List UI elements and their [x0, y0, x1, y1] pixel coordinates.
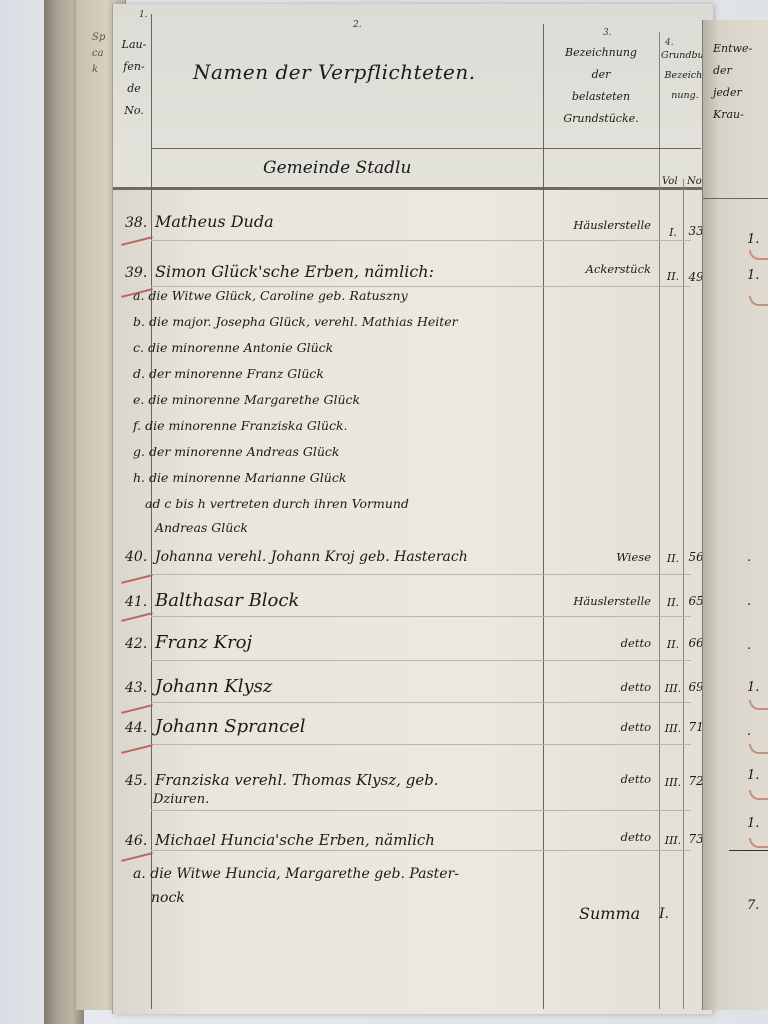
subentry-39-guardian-name: Andreas Glück	[155, 520, 248, 535]
facing-value: .	[747, 594, 751, 609]
red-check-mark	[121, 236, 153, 246]
vol-43: III.	[659, 682, 687, 695]
header-vol: Vol	[662, 176, 678, 187]
facing-value: 1.	[747, 816, 759, 831]
municipality-name: Gemeinde Stadlu	[263, 158, 411, 178]
facing-page-header: Entwe- der jeder Krau-	[713, 38, 752, 126]
red-check-mark	[121, 704, 153, 714]
entry-41: 41.Balthasar Block	[125, 590, 299, 611]
summa-value: I.	[659, 906, 669, 922]
ruled-line	[151, 616, 691, 617]
parcel-40: Wiese	[533, 550, 651, 564]
column-divider	[151, 14, 152, 1009]
facing-value: .	[747, 724, 751, 739]
entry-44: 44.Johann Sprancel	[125, 716, 306, 737]
vol-42: II.	[659, 638, 687, 651]
subentry-39g: g. der minorenne Andreas Glück	[133, 444, 339, 459]
red-check-mark	[749, 296, 768, 306]
header-parcel-description: Bezeichnung der belasteten Grundstücke.	[545, 42, 657, 130]
facing-page: Entwe- der jeder Krau- 1. 1. . . . 1. . …	[702, 20, 768, 1010]
subentry-46a-cont: nock	[151, 890, 185, 906]
entry-46: 46.Michael Huncia'sche Erben, nämlich	[125, 830, 435, 849]
red-check-mark	[749, 838, 768, 848]
parcel-46: detto	[533, 830, 651, 844]
entry-39: 39.Simon Glück'sche Erben, nämlich:	[125, 262, 434, 281]
subentry-39-guardian: ad c bis h vertreten durch ihren Vormund	[145, 496, 409, 511]
vol-44: III.	[659, 722, 687, 735]
facing-sum-line	[729, 850, 768, 851]
header-names-of-obligated: Namen der Verpflichteten.	[193, 60, 476, 84]
red-check-mark	[749, 744, 768, 754]
entry-43: 43.Johann Klysz	[125, 676, 272, 697]
subentry-39h: h. die minorenne Marianne Glück	[133, 470, 346, 485]
ruled-line	[151, 240, 691, 241]
ruled-line	[151, 744, 691, 745]
red-check-mark	[121, 744, 153, 754]
header-running-number: Lau- fen- de No.	[117, 34, 151, 122]
column-number-1: 1.	[139, 10, 148, 20]
vol-41: II.	[659, 596, 687, 609]
ruled-line	[151, 660, 691, 661]
facing-value: .	[747, 550, 751, 565]
vol-38: I.	[659, 226, 687, 239]
register-page: 1. 2. 3. 4. Lau- fen- de No. Namen der V…	[112, 4, 712, 1014]
red-check-mark	[121, 612, 153, 622]
vol-46: III.	[659, 834, 687, 847]
column-number-3: 3.	[603, 28, 612, 38]
subentry-39c: c. die minorenne Antonie Glück	[133, 340, 333, 355]
subentry-39a: a. die Witwe Glück, Caroline geb. Ratusz…	[133, 288, 408, 303]
facing-value: 1.	[747, 768, 759, 783]
subentry-39f: f. die minorenne Franziska Glück.	[133, 418, 348, 433]
vol-45: III.	[659, 776, 687, 789]
subentry-39d: d. der minorenne Franz Glück	[133, 366, 324, 381]
parcel-41: Häuslerstelle	[533, 594, 651, 608]
parcel-42: detto	[533, 636, 651, 650]
facing-value: 1.	[747, 268, 759, 283]
red-check-mark	[121, 574, 153, 584]
ruled-line	[151, 810, 691, 811]
red-check-mark	[749, 790, 768, 800]
parcel-44: detto	[533, 720, 651, 734]
ruled-line	[151, 286, 691, 287]
facing-value: .	[747, 638, 751, 653]
red-check-mark	[121, 852, 153, 862]
entry-38: 38.Matheus Duda	[125, 212, 274, 231]
facing-value: 1.	[747, 232, 759, 247]
column-divider	[543, 24, 544, 1009]
ruled-line	[151, 574, 691, 575]
vol-40: II.	[659, 552, 687, 565]
entry-42: 42.Franz Kroj	[125, 632, 252, 653]
summa-label: Summa	[579, 904, 640, 923]
entry-45: 45.Franziska verehl. Thomas Klysz, geb.	[125, 770, 439, 789]
vol-39: II.	[659, 270, 687, 283]
red-check-mark	[749, 700, 768, 710]
red-check-mark	[749, 250, 768, 260]
parcel-43: detto	[533, 680, 651, 694]
entry-45-continuation: Dziuren.	[153, 792, 209, 807]
ruled-line	[151, 702, 691, 703]
facing-value: 1.	[747, 680, 759, 695]
facing-header-divider	[703, 198, 768, 199]
header-divider	[151, 148, 701, 149]
parcel-45: detto	[533, 772, 651, 786]
ruled-line	[151, 850, 691, 851]
subentry-46a: a. die Witwe Huncia, Margarethe geb. Pas…	[133, 866, 459, 882]
parcel-39: Ackerstück	[533, 262, 651, 276]
column-divider	[683, 179, 684, 1009]
subentry-39e: e. die minorenne Margarethe Glück	[133, 392, 360, 407]
column-divider	[659, 32, 660, 1009]
column-number-2: 2.	[353, 20, 362, 30]
parcel-38: Häuslerstelle	[533, 218, 651, 232]
entry-40: 40.Johanna verehl. Johann Kroj geb. Hast…	[125, 546, 468, 565]
subentry-39b: b. die major. Josepha Glück, verehl. Mat…	[133, 314, 458, 329]
facing-sum-value: 7.	[747, 898, 759, 913]
